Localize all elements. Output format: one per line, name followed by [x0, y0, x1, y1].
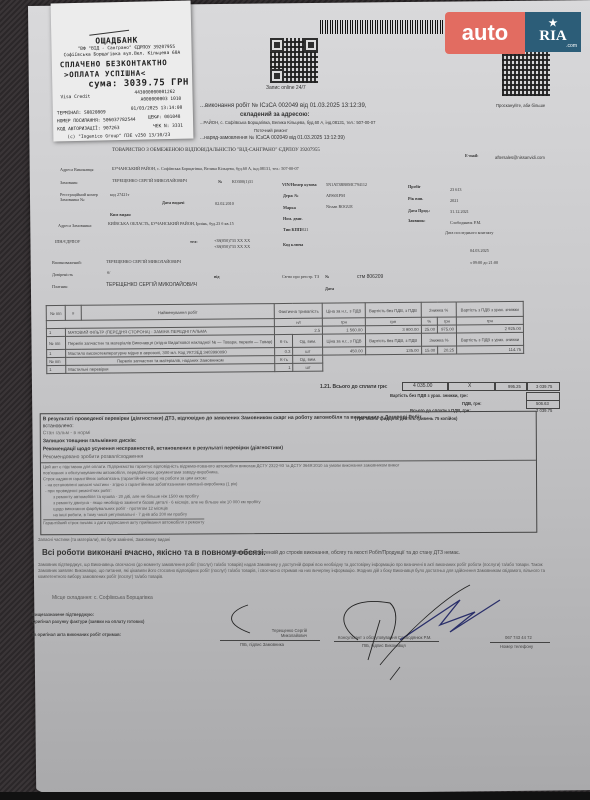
- logo-ria: ★ RIA .com: [525, 12, 581, 52]
- receipt-card-type: Visa Credit: [60, 95, 90, 101]
- receipt-datetime: 01/03/2025 13:14:00: [131, 106, 183, 112]
- receipt-terminal: ТЕРМІНАЛ: S0820809: [57, 110, 106, 116]
- receipt-auth-code: КОД АВТОРИЗАЦІЇ: 907263: [57, 126, 119, 132]
- payment-receipt: ОЩАДБАНК "ВФ "ВІД - Санграно" ЄДРПОУ 392…: [51, 1, 194, 142]
- receipt-check-no: ЧЕК N: 3331: [153, 124, 183, 130]
- photo-bottom-edge: [0, 792, 590, 800]
- receipt-footer: (c) "Ingenico Group" ПЗЕ v250 13/10/23: [67, 133, 170, 140]
- receipt-status-success: >ОПЛАТА УСПІШНА<: [64, 69, 146, 80]
- receipt-reference: НОМЕР ПОСИЛАННЯ: 506037782544: [57, 118, 136, 125]
- receipt-status-contactless: СПЛАЧЕНО БЕЗКОНТАКТНО: [60, 58, 168, 69]
- receipt-check-code: ЦЕК#: 001048: [148, 115, 181, 121]
- receipt-bank-name: ОЩАДБАНК: [95, 36, 138, 46]
- receipt-rrn: 443000000001262: [134, 90, 175, 96]
- receipt-address: Софіївська Борщагівка вул.Вел. Кільцева …: [64, 51, 181, 58]
- star-icon: ★: [549, 20, 558, 28]
- autoria-watermark-logo: auto ★ RIA .com: [445, 12, 581, 54]
- logo-auto: auto: [445, 12, 525, 54]
- receipt-aid: A000000003 1010: [141, 97, 182, 103]
- receipt-sum: сума: 3039.75 ГРН: [88, 78, 189, 90]
